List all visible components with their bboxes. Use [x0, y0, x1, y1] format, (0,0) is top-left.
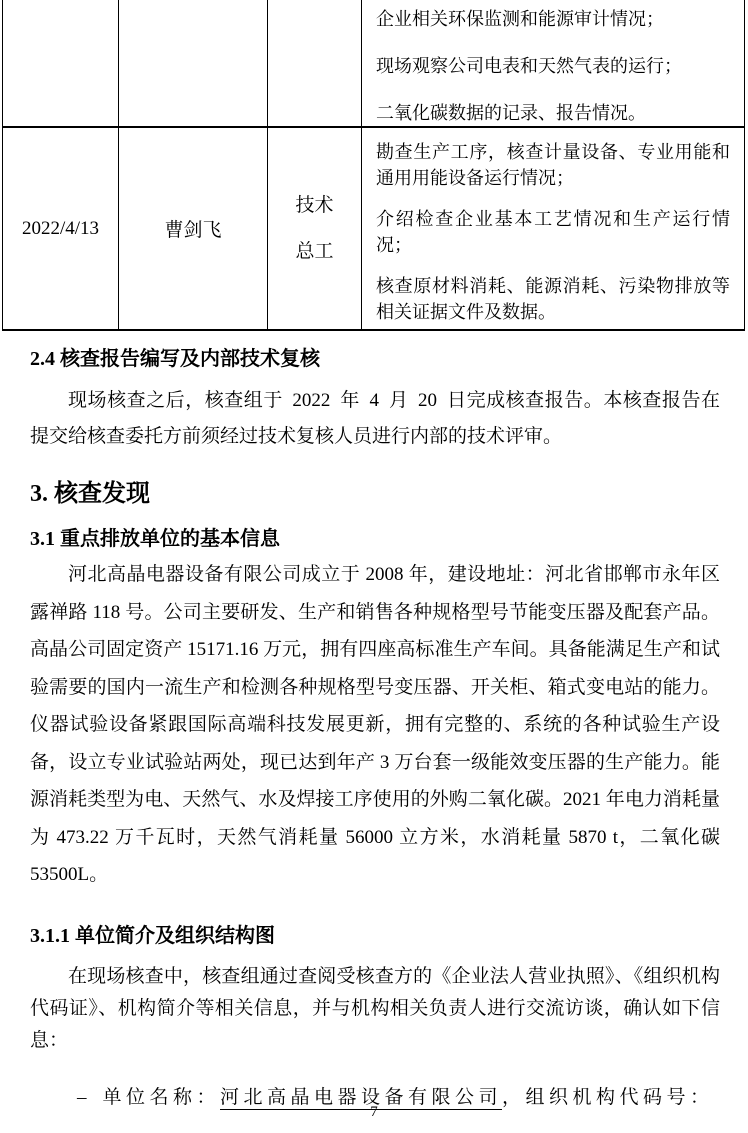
position-cell: 技术 总工: [267, 128, 361, 331]
date-text: 2022/4/13: [22, 218, 99, 240]
table-row: 2022/4/13 曹剑飞 技术 总工 勘查生产工序，核查计量设备、专业用能和通…: [2, 128, 745, 331]
activities-cell: 企业相关环保监测和能源审计情况； 现场观察公司电表和天然气表的运行； 二氧化碳数…: [361, 0, 745, 128]
onsite-verification-schedule-table: 企业相关环保监测和能源审计情况； 现场观察公司电表和天然气表的运行； 二氧化碳数…: [2, 0, 745, 331]
position-cell: [267, 0, 361, 128]
activity-text: 现场观察公司电表和天然气表的运行；: [376, 53, 730, 79]
date-cell: [2, 0, 118, 128]
page-number: 7: [0, 1104, 748, 1121]
document-body: 2.4 核查报告编写及内部技术复核 现场核查之后，核查组于 2022 年 4 月…: [0, 347, 748, 1109]
interviewee-cell: 曹剑飞: [118, 128, 267, 331]
activities-cell: 勘查生产工序，核查计量设备、专业用能和通用用能设备运行情况； 介绍检查企业基本工…: [361, 128, 745, 331]
section-3-1-heading: 3.1 重点排放单位的基本信息: [30, 527, 720, 551]
section-2-4-paragraph: 现场核查之后，核查组于 2022 年 4 月 20 日完成核查报告。本核查报告在…: [30, 383, 720, 455]
interviewee-name: 曹剑飞: [164, 215, 221, 242]
section-3-1-paragraph: 河北高晶电器设备有限公司成立于 2008 年，建设地址：河北省邯郸市永年区露禅路…: [30, 556, 720, 894]
activity-text: 企业相关环保监测和能源审计情况；: [376, 6, 730, 32]
section-3-heading: 3. 核查发现: [30, 479, 720, 509]
table-row: 企业相关环保监测和能源审计情况； 现场观察公司电表和天然气表的运行； 二氧化碳数…: [2, 0, 745, 128]
section-3-1-1-paragraph: 在现场核查中，核查组通过查阅受核查方的《企业法人营业执照》、《组织机构代码证》、…: [30, 961, 720, 1057]
section-2-4-heading: 2.4 核查报告编写及内部技术复核: [30, 347, 720, 371]
activity-text: 核查原材料消耗、能源消耗、污染物排放等相关证据文件及数据。: [376, 273, 730, 325]
date-cell: 2022/4/13: [2, 128, 118, 331]
position-line: 技术: [295, 193, 333, 219]
activity-text: 勘查生产工序，核查计量设备、专业用能和通用用能设备运行情况；: [376, 139, 730, 191]
position-line: 总工: [295, 239, 333, 265]
section-3-1-1-heading: 3.1.1 单位简介及组织结构图: [30, 924, 720, 948]
activity-text: 介绍检查企业基本工艺情况和生产运行情况；: [376, 206, 730, 258]
activity-text: 二氧化碳数据的记录、报告情况。: [376, 100, 730, 126]
document-page: 企业相关环保监测和能源审计情况； 现场观察公司电表和天然气表的运行； 二氧化碳数…: [0, 0, 748, 1109]
interviewee-cell: [118, 0, 267, 128]
